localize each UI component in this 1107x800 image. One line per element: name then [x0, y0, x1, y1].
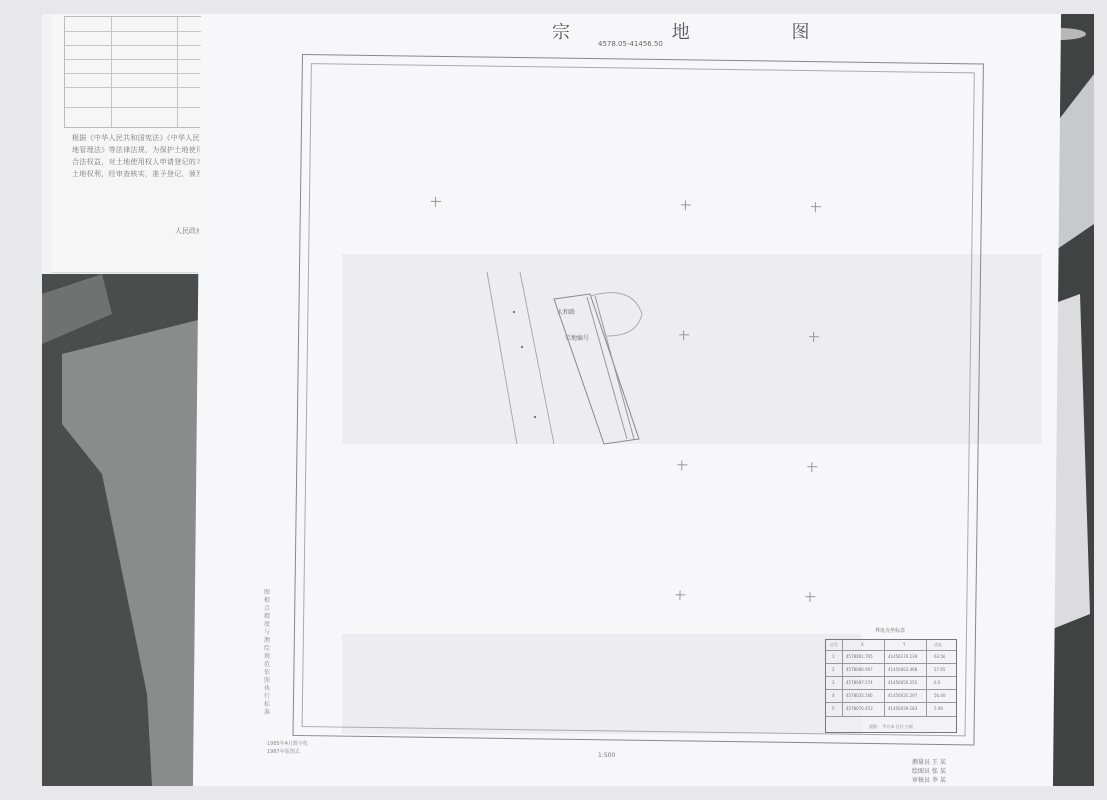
coordinate-table-footer: 面积： 平方米 合计 公顷: [826, 724, 956, 730]
coordinate-table-title: 界址点坐标表: [825, 627, 955, 634]
scanned-document: 根据《中华人民共和国宪法》《中华人民共和国土地管理法》等法律法规，为保护土地使用…: [42, 14, 1094, 786]
map-scale: 1:500: [598, 752, 615, 759]
svg-text:宗地编号: 宗地编号: [565, 334, 589, 342]
svg-text:大和路: 大和路: [557, 308, 575, 316]
survey-notes: 1985年4月数字化 1987年版图式: [267, 740, 308, 756]
side-margin-text: 图根点精度与测绘规范依照执行标准: [264, 589, 272, 717]
signers-block: 测量员 王 某 绘图员 张 某 审核员 李 某: [912, 758, 946, 785]
coordinate-table: 点号 X Y 边长 1 4578061.795 41456176.139 63.…: [825, 639, 957, 733]
